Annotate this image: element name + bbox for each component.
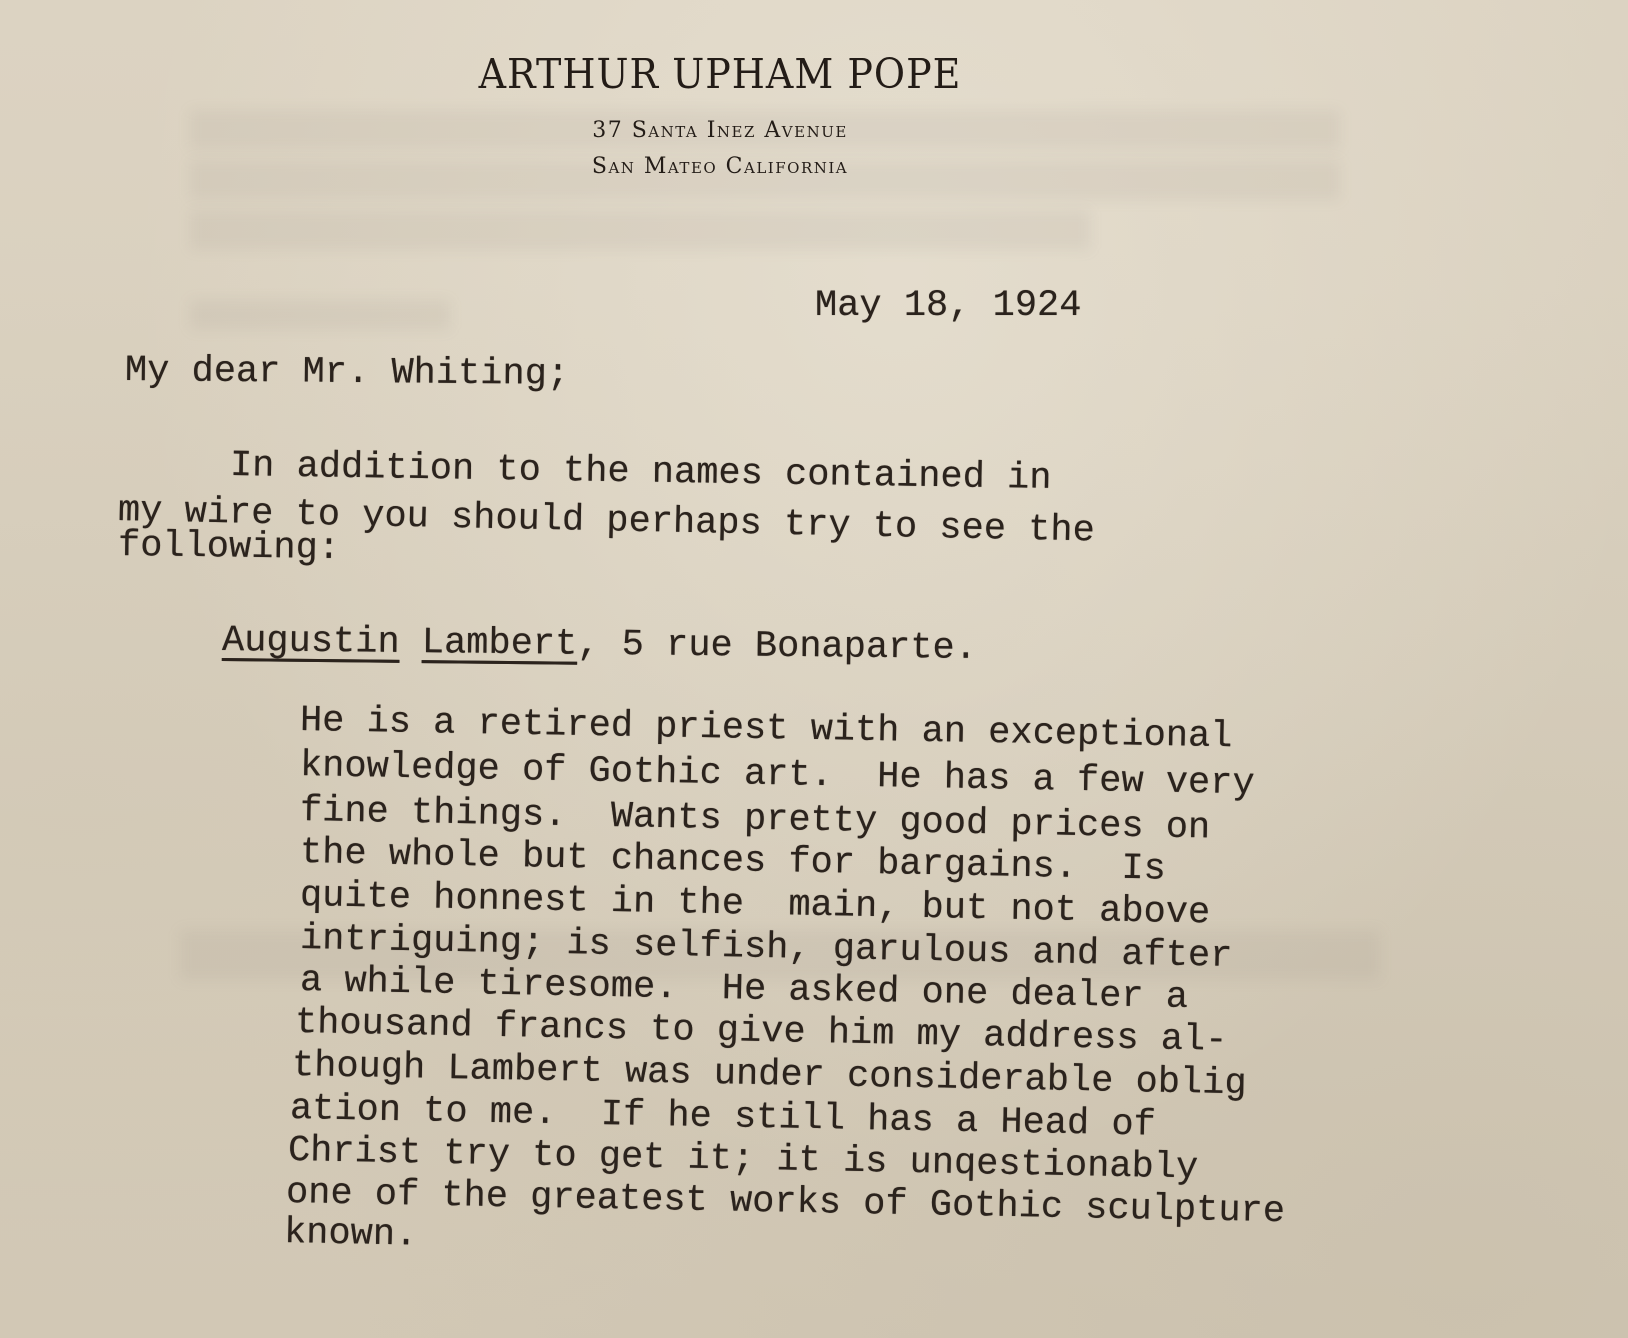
bleed-through-text — [190, 210, 1090, 250]
bleed-through-text — [190, 300, 450, 330]
letter-page: ARTHUR UPHAM POPE 37 Santa Inez Avenue S… — [0, 0, 1628, 1338]
letterhead-address-line-1: 37 Santa Inez Avenue — [0, 118, 1440, 143]
salutation: My dear Mr. Whiting; — [125, 350, 569, 396]
letterhead-name: ARTHUR UPHAM POPE — [0, 50, 1440, 98]
description-line: known. — [284, 1212, 418, 1257]
letter-date: May 18, 1924 — [815, 285, 1081, 327]
entry-first-name: Augustin — [222, 620, 400, 664]
intro-line-3: following: — [118, 525, 341, 570]
entry-heading: Augustin Lambert, 5 rue Bonaparte. — [222, 620, 977, 670]
intro-line-1: In addition to the names contained in — [230, 445, 1052, 500]
entry-last-name: Lambert — [422, 622, 578, 666]
entry-address: , 5 rue Bonaparte. — [577, 624, 977, 670]
letterhead-address-line-2: San Mateo California — [0, 154, 1440, 179]
